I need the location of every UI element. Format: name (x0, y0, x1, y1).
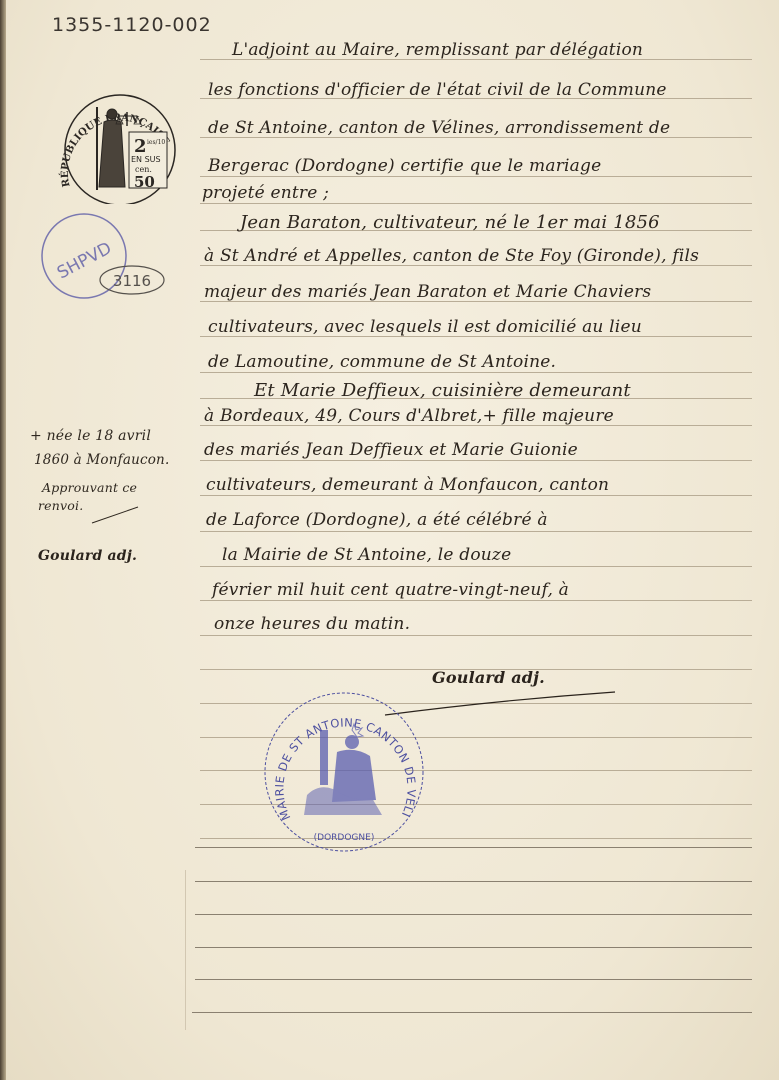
margin-line (185, 870, 186, 1030)
body-line: de St Antoine, canton de Vélines, arrond… (208, 118, 670, 138)
officer-signature: Goulard adj. (432, 668, 545, 687)
body-line: la Mairie de St Antoine, le douze (222, 545, 511, 565)
fiscal-stamp: RÉPUBLIQUE FRANÇAISE 2 ies/10 EN SUS cen… (57, 92, 183, 204)
margin-note-line: renvoi. (38, 498, 83, 513)
archive-number-text: 3116 (113, 272, 151, 290)
margin-note-signature: Goulard adj. (38, 548, 137, 564)
svg-text:50: 50 (134, 173, 155, 191)
margin-note-line: + née le 18 avril (30, 428, 151, 444)
svg-text:ies/10: ies/10 (147, 139, 165, 146)
marianne-figure-icon (304, 724, 382, 815)
margin-note-line: Approuvant ce (42, 480, 137, 495)
margin-note-line: 1860 à Monfaucon. (34, 452, 169, 468)
body-line: des mariés Jean Deffieux et Marie Guioni… (204, 440, 578, 460)
body-line: L'adjoint au Maire, remplissant par délé… (232, 40, 643, 60)
archive-number-stamp: 3116 (98, 263, 166, 297)
body-line: Et Marie Deffieux, cuisinière demeurant (254, 380, 631, 401)
fiscal-stamp-value: 2 (134, 136, 147, 157)
body-line: Jean Baraton, cultivateur, né le 1er mai… (240, 212, 660, 233)
body-line: février mil huit cent quatre-vingt-neuf,… (212, 580, 569, 600)
body-line: projeté entre ; (202, 183, 329, 203)
body-line: cultivateurs, avec lesquels il est domic… (208, 317, 642, 337)
body-line: de Lamoutine, commune de St Antoine. (208, 352, 556, 372)
mairie-stamp-bottom-text: (DORDOGNE) (314, 833, 375, 843)
body-line: les fonctions d'officier de l'état civil… (208, 80, 667, 100)
body-line: à Bordeaux, 49, Cours d'Albret,+ fille m… (204, 406, 614, 426)
mairie-stamp: MAIRIE DE ST ANTOINE CANTON DE VELINES (… (262, 690, 426, 854)
svg-text:EN SUS: EN SUS (131, 155, 161, 164)
body-line: de Laforce (Dordogne), a été célébré à (206, 510, 548, 530)
body-line: onze heures du matin. (214, 614, 410, 634)
body-line: majeur des mariés Jean Baraton et Marie … (204, 282, 651, 302)
document-page: 1355-1120-002 RÉPUBLIQUE FRANÇAISE 2 ies… (0, 0, 779, 1080)
body-line: cultivateurs, demeurant à Monfaucon, can… (206, 475, 609, 495)
reference-number: 1355-1120-002 (52, 14, 212, 36)
body-line: à St André et Appelles, canton de Ste Fo… (204, 246, 699, 266)
body-line: Bergerac (Dordogne) certifie que le mari… (208, 156, 601, 176)
margin-note-stroke (90, 505, 140, 525)
page-edge-shadow (0, 0, 6, 1080)
